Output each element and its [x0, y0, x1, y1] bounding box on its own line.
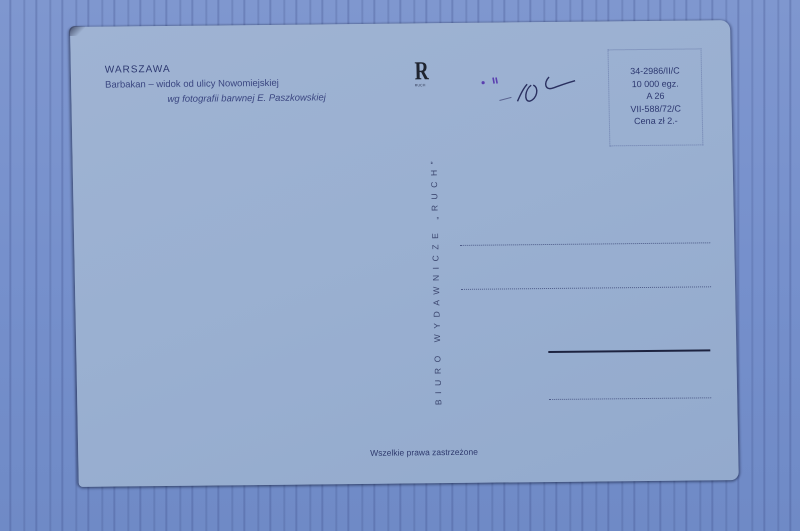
postcard-title: WARSZAWA	[105, 64, 171, 76]
print-run: 10 000 egz.	[609, 77, 701, 90]
publisher-vertical-text: BIURO WYDAWNICZE „RUCH”	[429, 156, 444, 405]
publication-info-box: 34-2986/II/C 10 000 egz. A 26 VII-588/72…	[608, 48, 704, 146]
ruch-logo-letter: R	[414, 59, 425, 83]
address-line-4	[549, 397, 711, 400]
handwritten-note-icon	[479, 67, 590, 108]
postcard-back: WARSZAWA Barbakan – widok od ulicy Nowom…	[70, 20, 739, 487]
photo-credit: wg fotografii barwnej E. Paszkowskiej	[167, 92, 326, 105]
address-line-2	[461, 286, 711, 290]
copyright-notice: Wszelkie prawa zastrzeżone	[370, 447, 478, 458]
price: Cena zł 2.-	[610, 114, 702, 127]
ruch-logo: R RUCH	[413, 59, 428, 87]
postcard-subtitle: Barbakan – widok od ulicy Nowomiejskiej	[105, 78, 279, 91]
address-line-1	[460, 242, 710, 246]
card-corner-shadow	[69, 26, 85, 36]
address-line-3	[548, 349, 710, 353]
approval-number: VII-588/72/C	[610, 102, 702, 115]
catalog-number: 34-2986/II/C	[609, 64, 701, 77]
format-code: A 26	[609, 89, 701, 102]
